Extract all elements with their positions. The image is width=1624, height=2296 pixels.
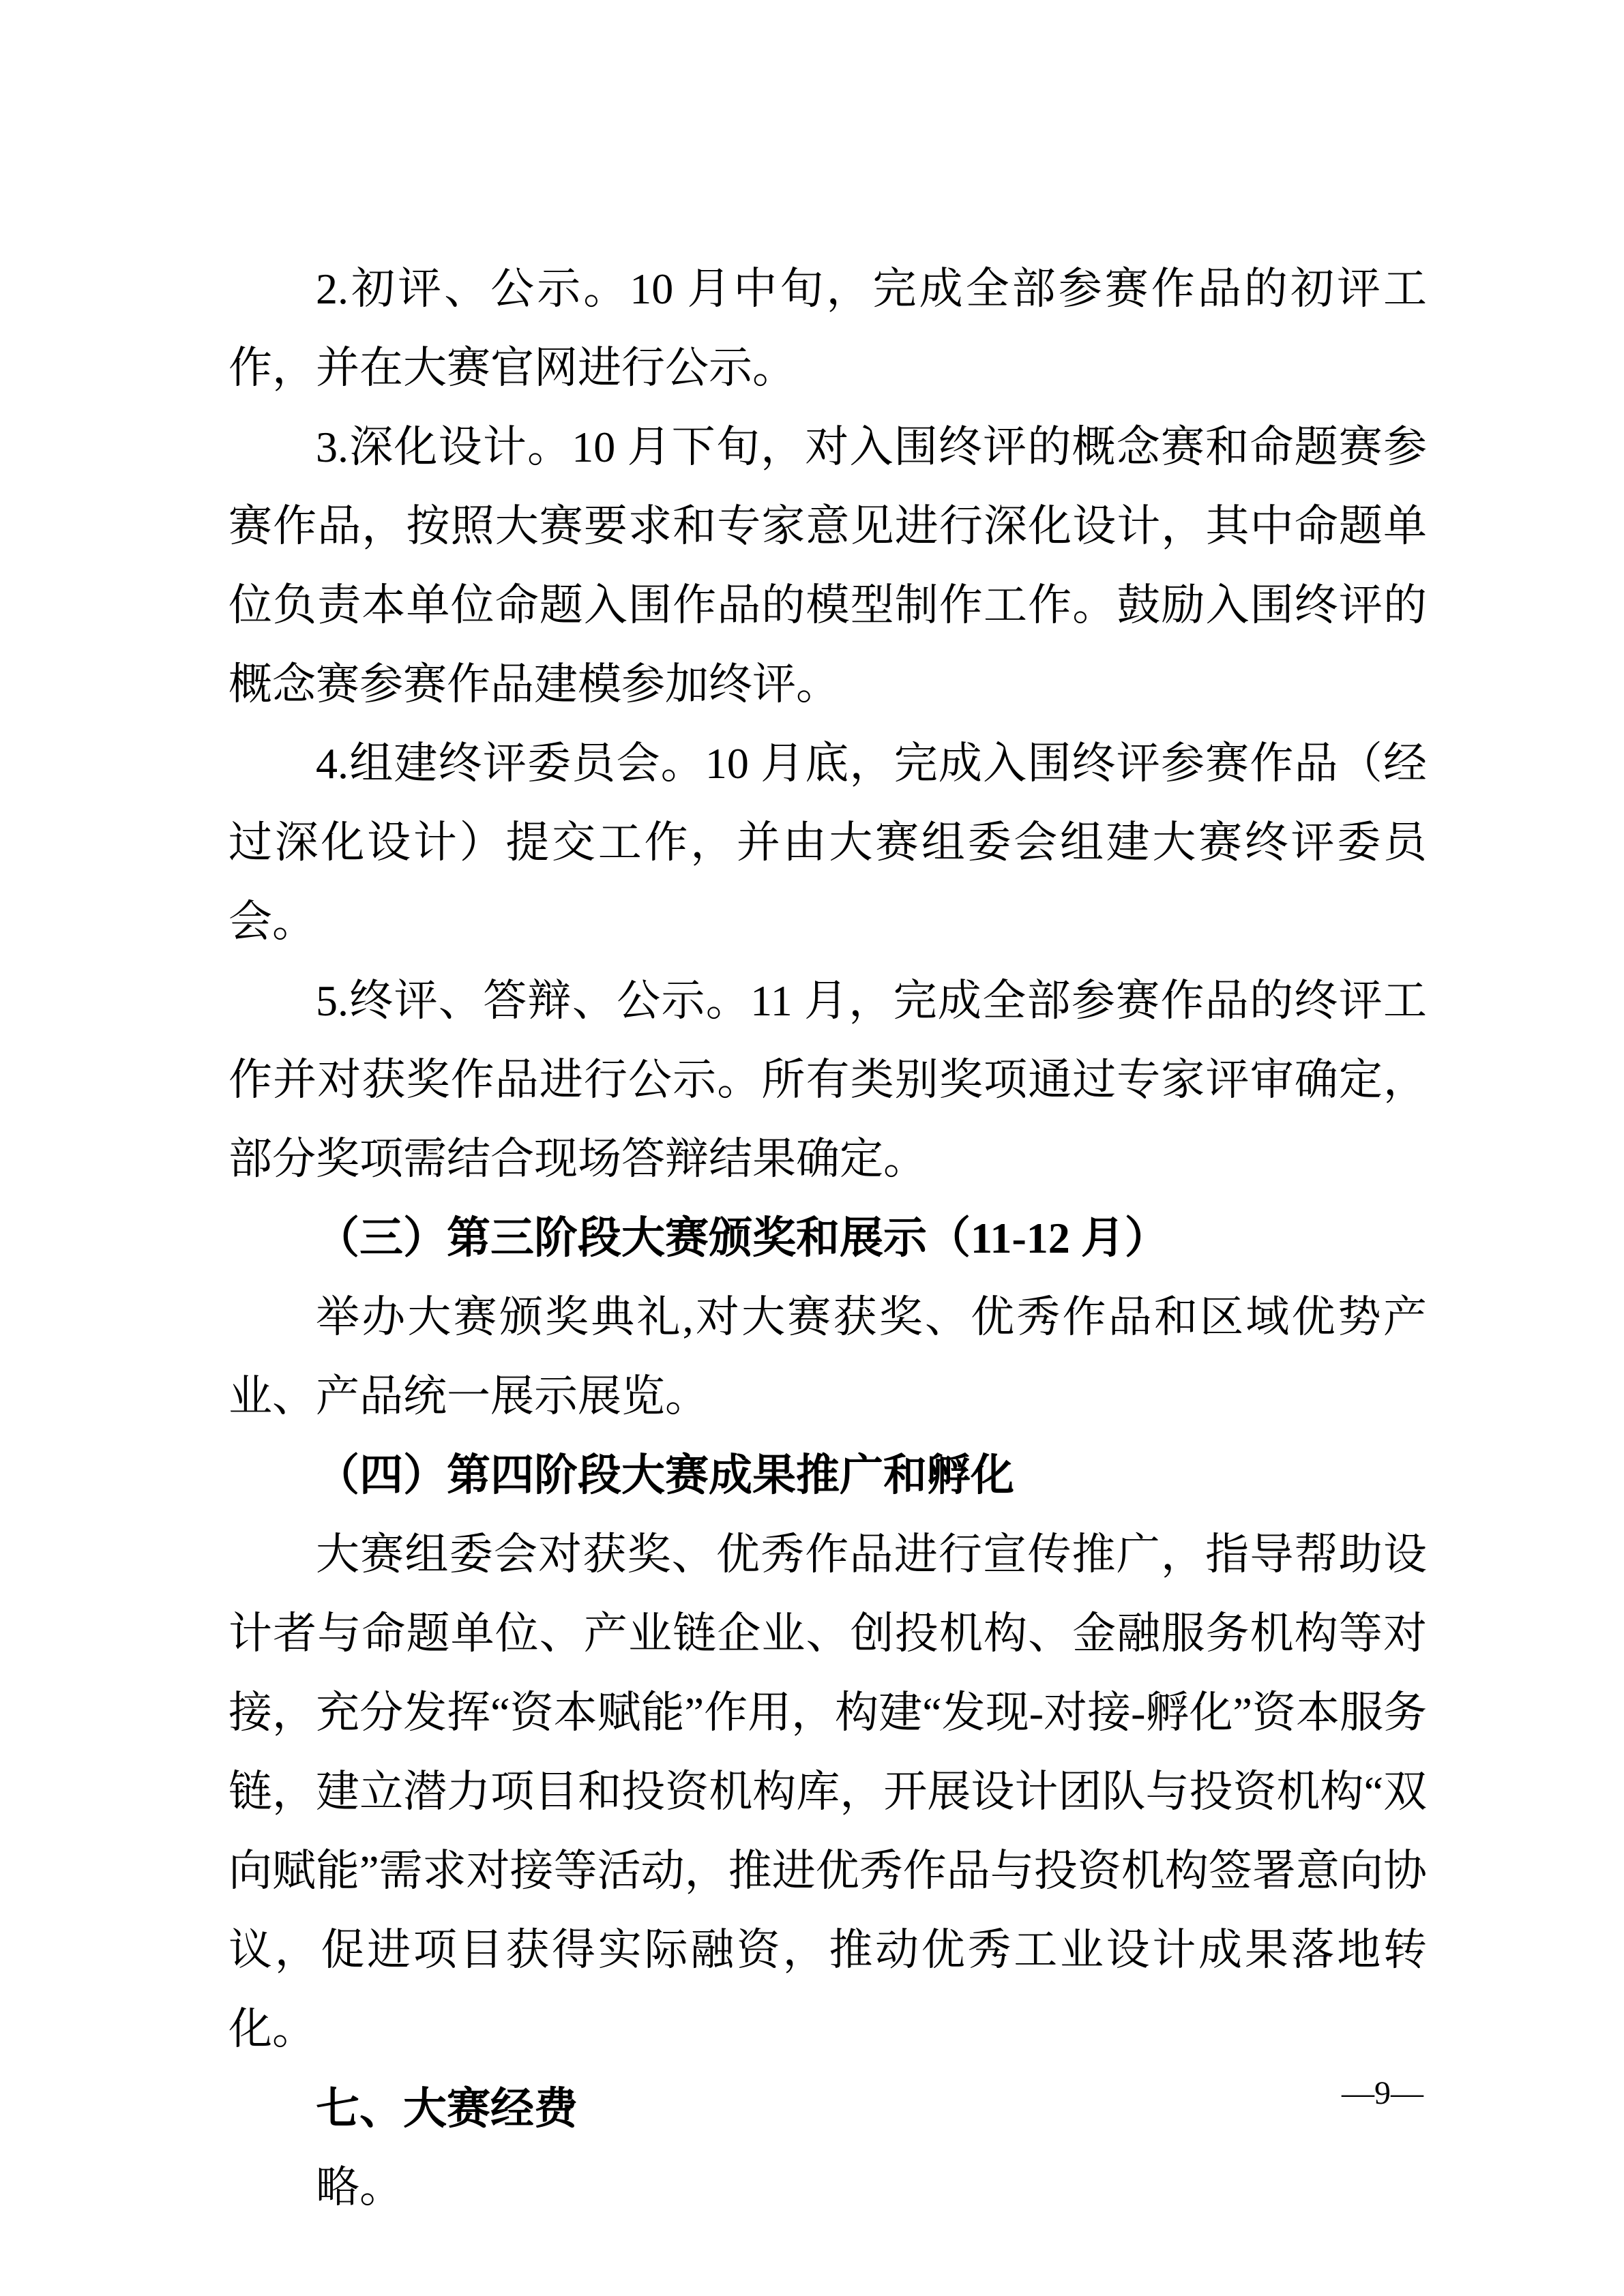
section-heading-stage-three: （三）第三阶段大赛颁奖和展示（11-12 月） <box>228 1199 1427 1278</box>
section-heading-funding: 七、大赛经费 <box>228 2069 1427 2148</box>
document-page: 2.初评、公示。10 月中旬，完成全部参赛作品的初评工作，并在大赛官网进行公示。… <box>0 0 1624 2296</box>
paragraph-final-jury-setup: 4.组建终评委员会。10 月底，完成入围终评参赛作品（经过深化设计）提交工作，并… <box>228 724 1427 961</box>
paragraph-award-ceremony: 举办大赛颁奖典礼,对大赛获奖、优秀作品和区域优势产业、产品统一展示展览。 <box>228 1278 1427 1436</box>
paragraph-deepened-design: 3.深化设计。10 月下旬，对入围终评的概念赛和命题赛参赛作品，按照大赛要求和专… <box>228 408 1427 724</box>
document-body: 2.初评、公示。10 月中旬，完成全部参赛作品的初评工作，并在大赛官网进行公示。… <box>228 250 1427 2227</box>
page-number: —9— <box>1342 2073 1423 2114</box>
paragraph-omitted: 略。 <box>228 2148 1427 2227</box>
paragraph-final-review: 5.终评、答辩、公示。11 月，完成全部参赛作品的终评工作并对获奖作品进行公示。… <box>228 961 1427 1199</box>
paragraph-preliminary-review: 2.初评、公示。10 月中旬，完成全部参赛作品的初评工作，并在大赛官网进行公示。 <box>228 250 1427 408</box>
paragraph-promotion-incubation: 大赛组委会对获奖、优秀作品进行宣传推广，指导帮助设计者与命题单位、产业链企业、创… <box>228 1515 1427 2069</box>
section-heading-stage-four: （四）第四阶段大赛成果推广和孵化 <box>228 1436 1427 1515</box>
